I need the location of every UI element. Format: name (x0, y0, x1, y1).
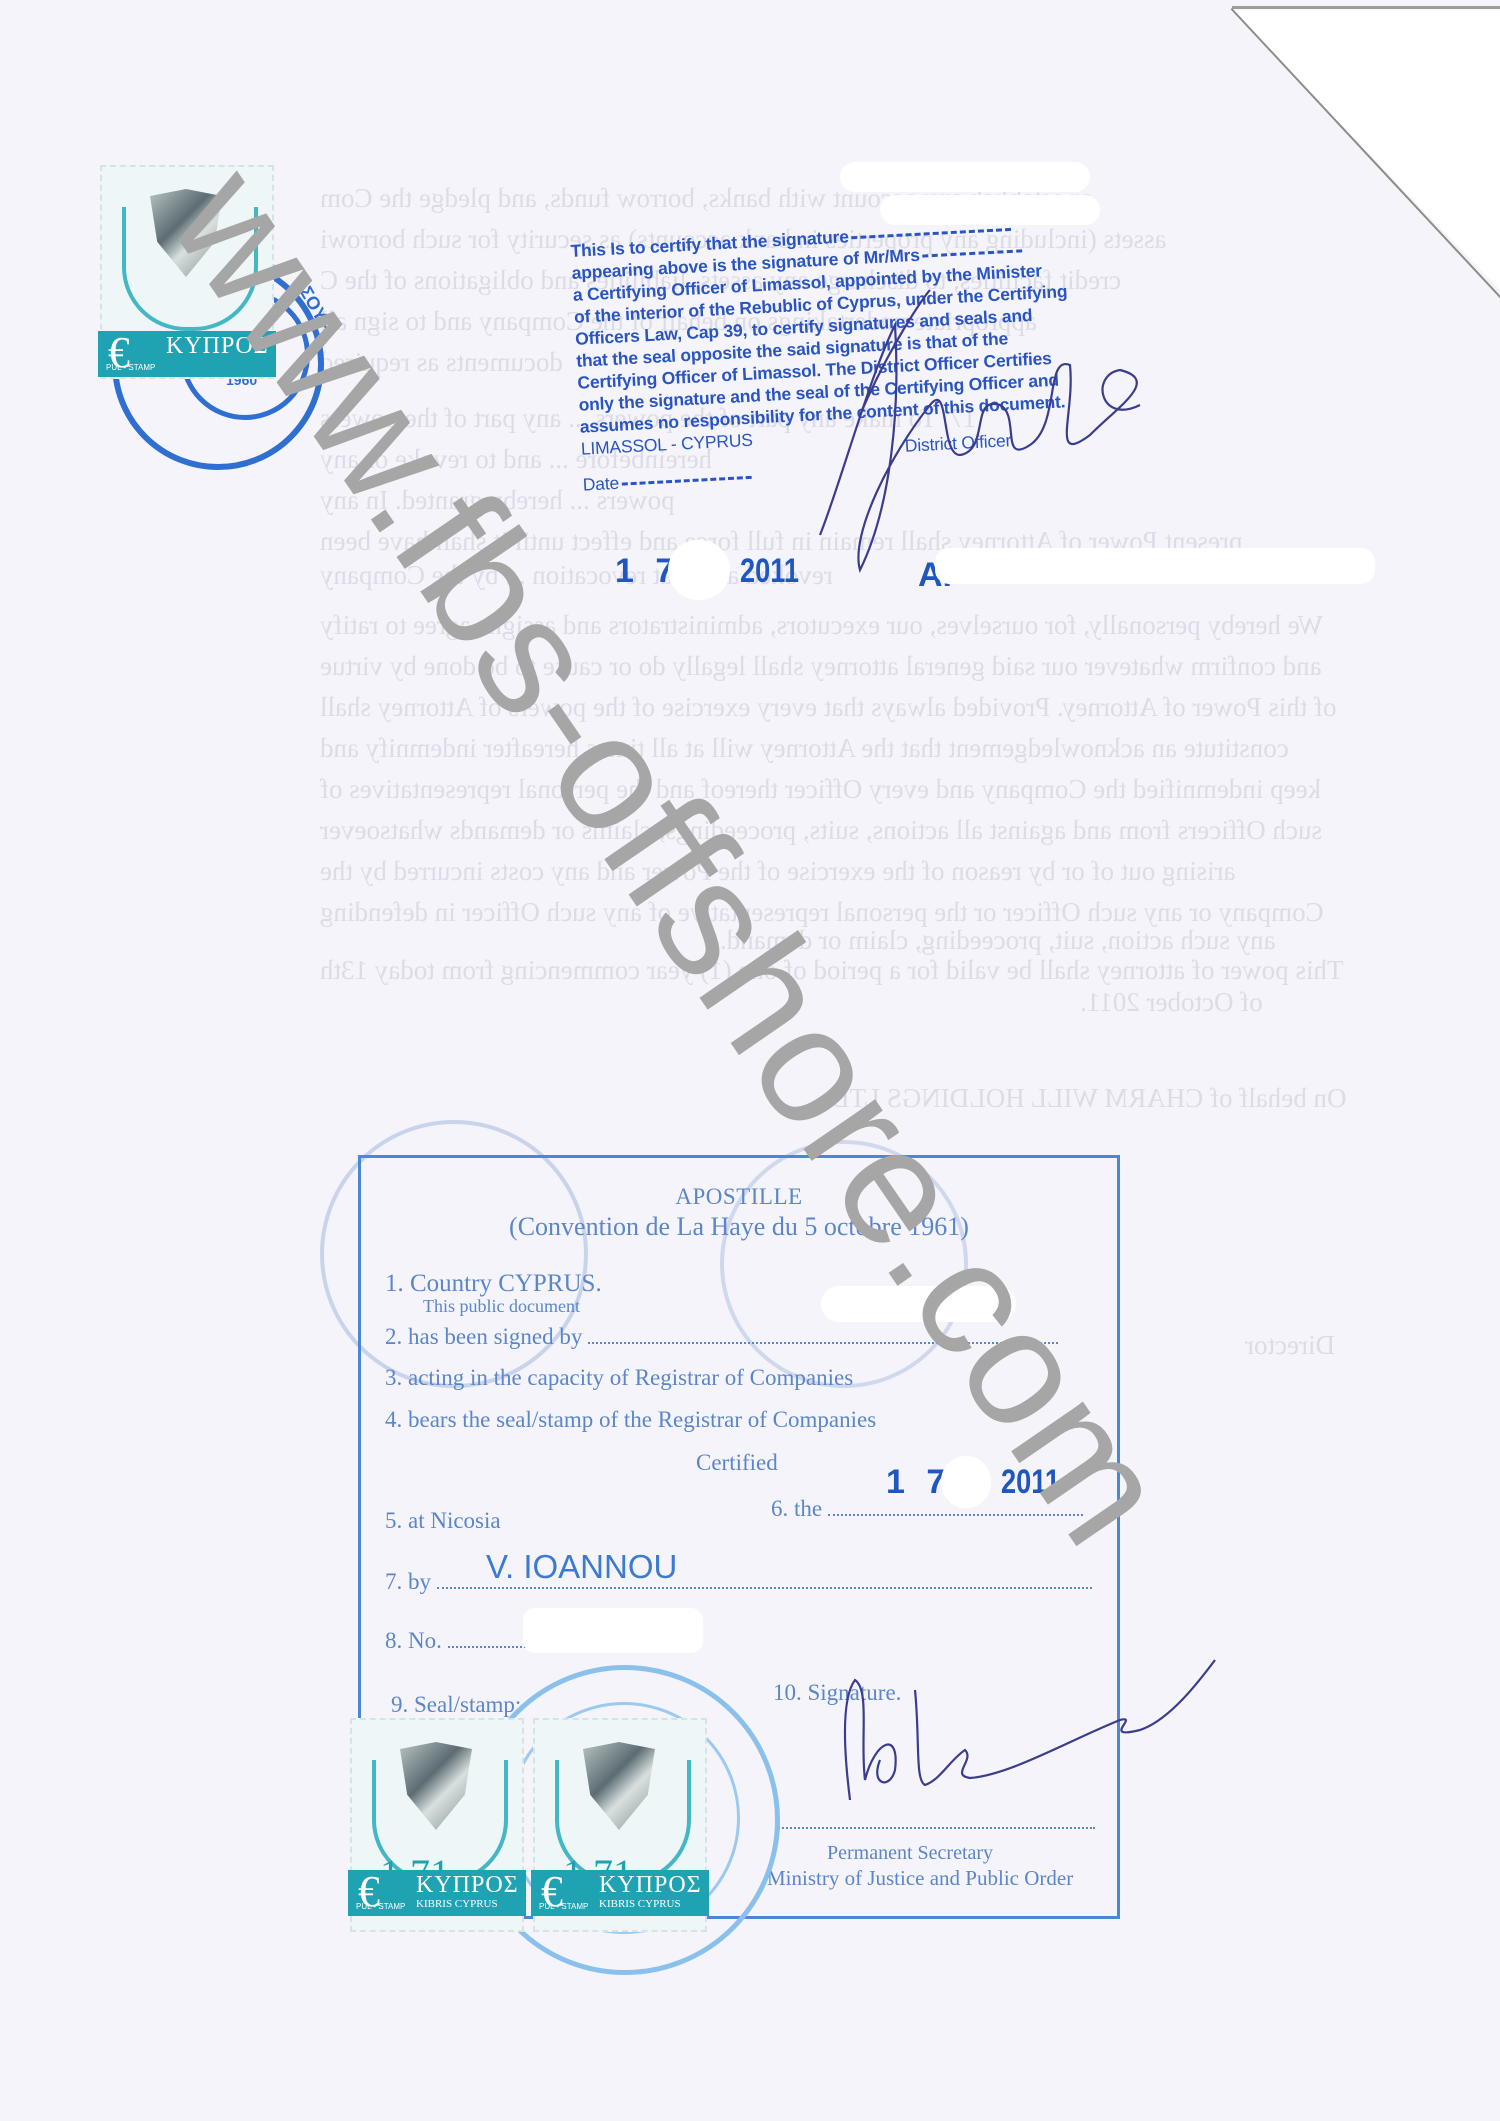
apostille-capacity: 3. acting in the capacity of Registrar o… (385, 1365, 853, 1391)
bleed-line: We hereby personally, for ourselves, our… (320, 605, 1323, 646)
bleed-line: documents as required (320, 342, 563, 383)
bleed-line: keep indemnified the Company and every O… (320, 769, 1321, 810)
fold-top-edge (1232, 6, 1500, 9)
stamp-label: PUL - STAMP (356, 1902, 405, 1911)
bleed-line: and confirm whatever our said general at… (320, 646, 1322, 687)
bleed-line: of October 2011. (1080, 982, 1263, 1023)
bleed-line: Director (1245, 1325, 1335, 1366)
apostille-country: 1. Country CYPRUS. (385, 1270, 602, 1298)
fill-line (828, 1514, 1083, 1516)
bleed-line: On behalf of CHARM WILL HOLDINGS LTD (830, 1078, 1346, 1119)
apostille-place: 5. at Nicosia (385, 1508, 501, 1534)
apostille-signature (840, 1620, 1240, 1820)
redaction-block (668, 540, 730, 600)
signature-line (775, 1827, 1095, 1829)
apostille-number-label: 8. No. (385, 1628, 442, 1653)
bleed-line: arising out of or by reason of the exerc… (320, 851, 1235, 892)
district-officer-signature (800, 285, 1180, 585)
bleed-line: such Officers from and against all actio… (320, 810, 1322, 851)
stamp-country-greek: ΚΥΠΡΟΣ (599, 1872, 702, 1899)
stamp-country-greek: ΚΥΠΡΟΣ (416, 1872, 519, 1899)
redaction-block (935, 548, 1375, 584)
apostille-signed-by-row: 2. has been signed by (385, 1324, 1058, 1350)
redaction-block (840, 162, 1090, 192)
apostille-by-label: 7. by (385, 1569, 431, 1594)
revenue-stamp: 1,71 € PUL - STAMP ΚΥΠΡΟΣ KIBRIS CYPRUS (533, 1718, 707, 1932)
fill-line (588, 1342, 1058, 1344)
apostille-signatory-title: Permanent Secretary (827, 1842, 993, 1865)
apostille-seal-stamp-label: 9. Seal/stamp: (391, 1692, 521, 1718)
bleed-line: of this Power of Attorney. Provided alwa… (320, 687, 1337, 728)
stamp-label: PUL - STAMP (539, 1902, 588, 1911)
stamp-country-english: KIBRIS CYPRUS (416, 1898, 498, 1910)
stamp-band: € PUL - STAMP ΚΥΠΡΟΣ (98, 331, 276, 377)
apostille-signatory-name: V. IOANNOU (486, 1548, 677, 1586)
bleed-line: constitute an acknowledgement that the A… (320, 728, 1289, 769)
apostille-public-doc: This public document (423, 1296, 580, 1317)
apostille-convention: (Convention de La Haye du 5 octobre 1961… (361, 1212, 1117, 1242)
fill-line (437, 1587, 1092, 1589)
stamp-band: € PUL - STAMP ΚΥΠΡΟΣ KIBRIS CYPRUS (531, 1870, 709, 1916)
stamp-country: ΚΥΠΡΟΣ (166, 333, 269, 360)
redaction-block (523, 1608, 703, 1653)
redaction-block (821, 1286, 1016, 1322)
apostille-seal: 4. bears the seal/stamp of the Registrar… (385, 1407, 876, 1433)
folded-corner (1230, 0, 1500, 290)
stamped-year: 2011 (740, 552, 799, 591)
document-page: or establish any account with banks, bor… (0, 0, 1500, 2121)
revenue-stamp: € PUL - STAMP ΚΥΠΡΟΣ (100, 165, 274, 379)
apostille-signatory-org: Ministry of Justice and Public Order (767, 1866, 1073, 1891)
apostille-date-label: 6. the (771, 1496, 822, 1521)
redaction-block (941, 1456, 991, 1508)
apostille-certified: Certified (696, 1450, 778, 1476)
apostille-signed-by-label: 2. has been signed by (385, 1324, 582, 1349)
revenue-stamp: 1,71 € PUL - STAMP ΚΥΠΡΟΣ KIBRIS CYPRUS (350, 1718, 524, 1932)
stamp-label: PUL - STAMP (106, 363, 155, 372)
stamp-country-english: KIBRIS CYPRUS (599, 1898, 681, 1910)
apostille-title: APOSTILLE (361, 1184, 1117, 1210)
stamp-band: € PUL - STAMP ΚΥΠΡΟΣ KIBRIS CYPRUS (348, 1870, 526, 1916)
apostille-stamped-year: 2011 (1001, 1463, 1060, 1502)
